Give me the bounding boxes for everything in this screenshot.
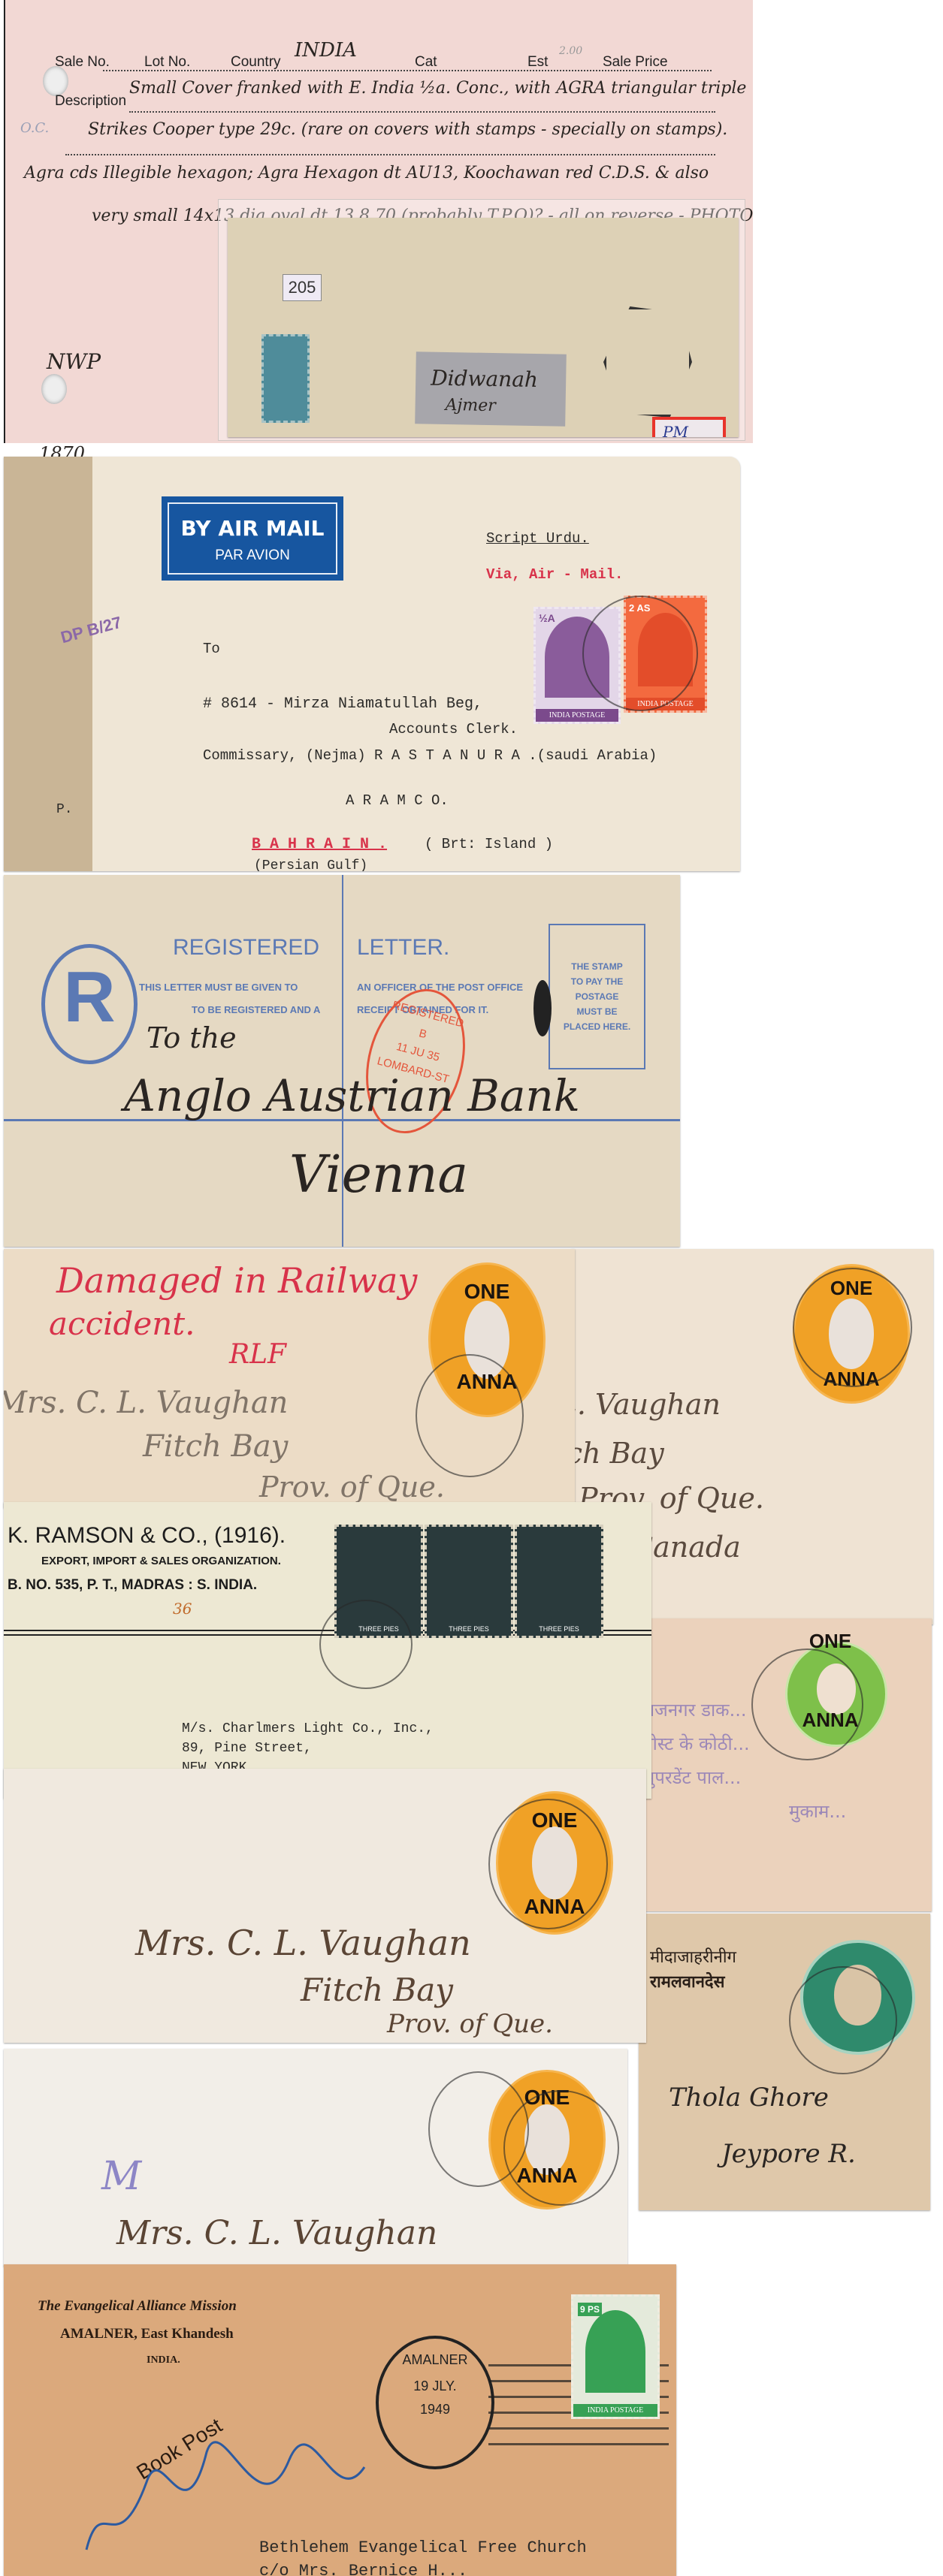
cancel-mark xyxy=(533,980,552,1036)
description-line: Strikes Cooper type 29c. (rare on covers… xyxy=(88,120,727,139)
agra-hexagon-postmark xyxy=(603,306,692,418)
sale-price-label: Sale Price xyxy=(603,54,668,71)
postmark xyxy=(319,1600,413,1689)
description-line: Small Cover franked with E. India ½a. Co… xyxy=(129,79,746,98)
est-value: 2.00 xyxy=(559,45,582,57)
address-line: Commissary, (Nejma) R A S T A N U R A .(… xyxy=(203,747,657,764)
script-note: Script Urdu. xyxy=(486,530,589,547)
lot-no-label: Lot No. xyxy=(144,54,190,71)
amalner-mission-cover: The Evangelical Alliance Mission AMALNER… xyxy=(4,2264,676,2576)
address-line: Prov. of Que. xyxy=(387,2009,553,2039)
green-envelope-cover: ONE ANNA राजनगर डाक... पोस्ट के कोठी... … xyxy=(639,1618,932,1911)
cat-label: Cat xyxy=(415,54,437,71)
inner-cover-1870: 205 Didwanah Ajmer PM 520 xyxy=(228,218,739,437)
country-value: INDIA xyxy=(295,39,357,62)
punch-hole xyxy=(43,66,68,96)
registered-letter-cover: R REGISTERED LETTER. THIS LETTER MUST BE… xyxy=(4,875,680,1247)
address-line: Fitch Bay xyxy=(301,1971,453,2008)
address-line: c/o Mrs. Bernice H... xyxy=(259,2562,467,2576)
damaged-annotation: accident. xyxy=(49,1305,195,1342)
stamp-east-india-half-anna xyxy=(261,334,310,423)
vaughan-cover: ONE ANNA Mrs. C. L. Vaughan Fitch Bay Pr… xyxy=(4,1769,646,2043)
margin-note: NWP xyxy=(47,349,101,374)
via-air-mail-note: Via, Air - Mail. xyxy=(486,566,623,583)
postmark xyxy=(503,2090,619,2206)
exchange-postmark xyxy=(789,1966,897,2074)
instruction-text: TO BE REGISTERED AND A xyxy=(192,1004,320,1015)
address-line: # 8614 - Mirza Niamatullah Beg, xyxy=(203,695,482,713)
address-line: ( Brt: Island ) xyxy=(425,836,553,852)
pencil-note: 36 xyxy=(173,1600,192,1618)
address-line: Jeypore R. xyxy=(721,2139,856,2169)
address-line: Mrs. C. L. Vaughan xyxy=(135,1923,471,1963)
country-label: Country xyxy=(231,54,281,71)
address-line: Bethlehem Evangelical Free Church xyxy=(259,2538,587,2557)
postmark xyxy=(488,1799,608,1929)
company-tagline: EXPORT, IMPORT & SALES ORGANIZATION. xyxy=(41,1555,281,1567)
address-line: Accounts Clerk. xyxy=(389,721,518,738)
description-label: Description xyxy=(55,93,126,110)
stamp-nine-pies-green: 9 PS INDIA POSTAGE xyxy=(571,2294,660,2419)
lot-number-tag: 205 xyxy=(283,274,322,301)
postmark xyxy=(793,1268,912,1387)
address-line: Thola Ghore xyxy=(669,2083,829,2113)
punch-hole xyxy=(41,374,67,404)
damaged-annotation: Damaged in Railway xyxy=(56,1260,417,1301)
letter-title: LETTER. xyxy=(357,935,449,961)
address-label: Didwanah Ajmer xyxy=(415,351,567,426)
company-name: K. RAMSON & CO., (1916). xyxy=(8,1523,286,1549)
company-address: B. NO. 535, P. T., MADRAS : S. INDIA. xyxy=(8,1577,257,1594)
amalner-postmark: AMALNER 19 JLY. 1949 xyxy=(376,2336,494,2469)
air-mail-cover: P. BY AIR MAIL PAR AVION Script Urdu. Vi… xyxy=(4,457,740,871)
stamp-three-pies: THREE PIES xyxy=(425,1525,513,1638)
postmark xyxy=(582,596,698,711)
sender-line: The Evangelical Alliance Mission xyxy=(38,2298,237,2315)
description-line: Agra cds Illegible hexagon; Agra Hexagon… xyxy=(24,164,709,182)
address-line: B A H R A I N . xyxy=(252,836,387,853)
address-line: Vienna xyxy=(289,1145,468,1205)
price-tag: PM 520 xyxy=(652,417,726,437)
jeypore-cover: मीदाजाहरीनीग रामलवानदेस Thola Ghore Jeyp… xyxy=(639,1914,930,2210)
damaged-railway-cover: Damaged in Railway accident. RLF ONE ANN… xyxy=(4,1249,575,1508)
censor-tape: P. xyxy=(4,457,92,871)
stamp-three-pies: THREE PIES xyxy=(515,1525,603,1638)
small-vaughan-cover: ONE ANNA M Mrs. C. L. Vaughan xyxy=(4,2049,627,2267)
address-line: (Persian Gulf) xyxy=(254,858,367,871)
to-label: To xyxy=(203,641,220,657)
registered-r-mark: R xyxy=(41,944,138,1064)
sale-no-label: Sale No. xyxy=(55,54,110,71)
instruction-text: AN OFFICER OF THE POST OFFICE xyxy=(357,982,523,993)
ramson-company-cover: K. RAMSON & CO., (1916). EXPORT, IMPORT … xyxy=(4,1502,651,1799)
address-line: To the xyxy=(147,1021,237,1054)
postmark xyxy=(751,1648,863,1760)
registered-title: REGISTERED xyxy=(173,935,319,961)
est-label: Est xyxy=(527,54,548,71)
address-line: 89, Pine Street, xyxy=(182,1741,312,1756)
postmark xyxy=(416,1354,524,1477)
instruction-text: THIS LETTER MUST BE GIVEN TO xyxy=(139,982,298,993)
address-line: A R A M C O. xyxy=(346,792,449,809)
address-line: Mrs. C. L. Vaughan xyxy=(116,2214,437,2252)
pencil-mark: M xyxy=(101,2154,141,2199)
address-line: M/s. Charlmers Light Co., Inc., xyxy=(182,1721,434,1736)
address-line: Anglo Austrian Bank xyxy=(124,1070,580,1121)
stamp-placement-box: THE STAMP TO PAY THE POSTAGE MUST BE PLA… xyxy=(549,924,645,1069)
sender-line: INDIA. xyxy=(147,2354,180,2366)
air-mail-etiquette: BY AIR MAIL PAR AVION xyxy=(162,496,343,581)
annotation-initials: RLF xyxy=(229,1339,286,1370)
margin-note: O.C. xyxy=(20,120,49,136)
sender-line: AMALNER, East Khandesh xyxy=(60,2326,234,2342)
